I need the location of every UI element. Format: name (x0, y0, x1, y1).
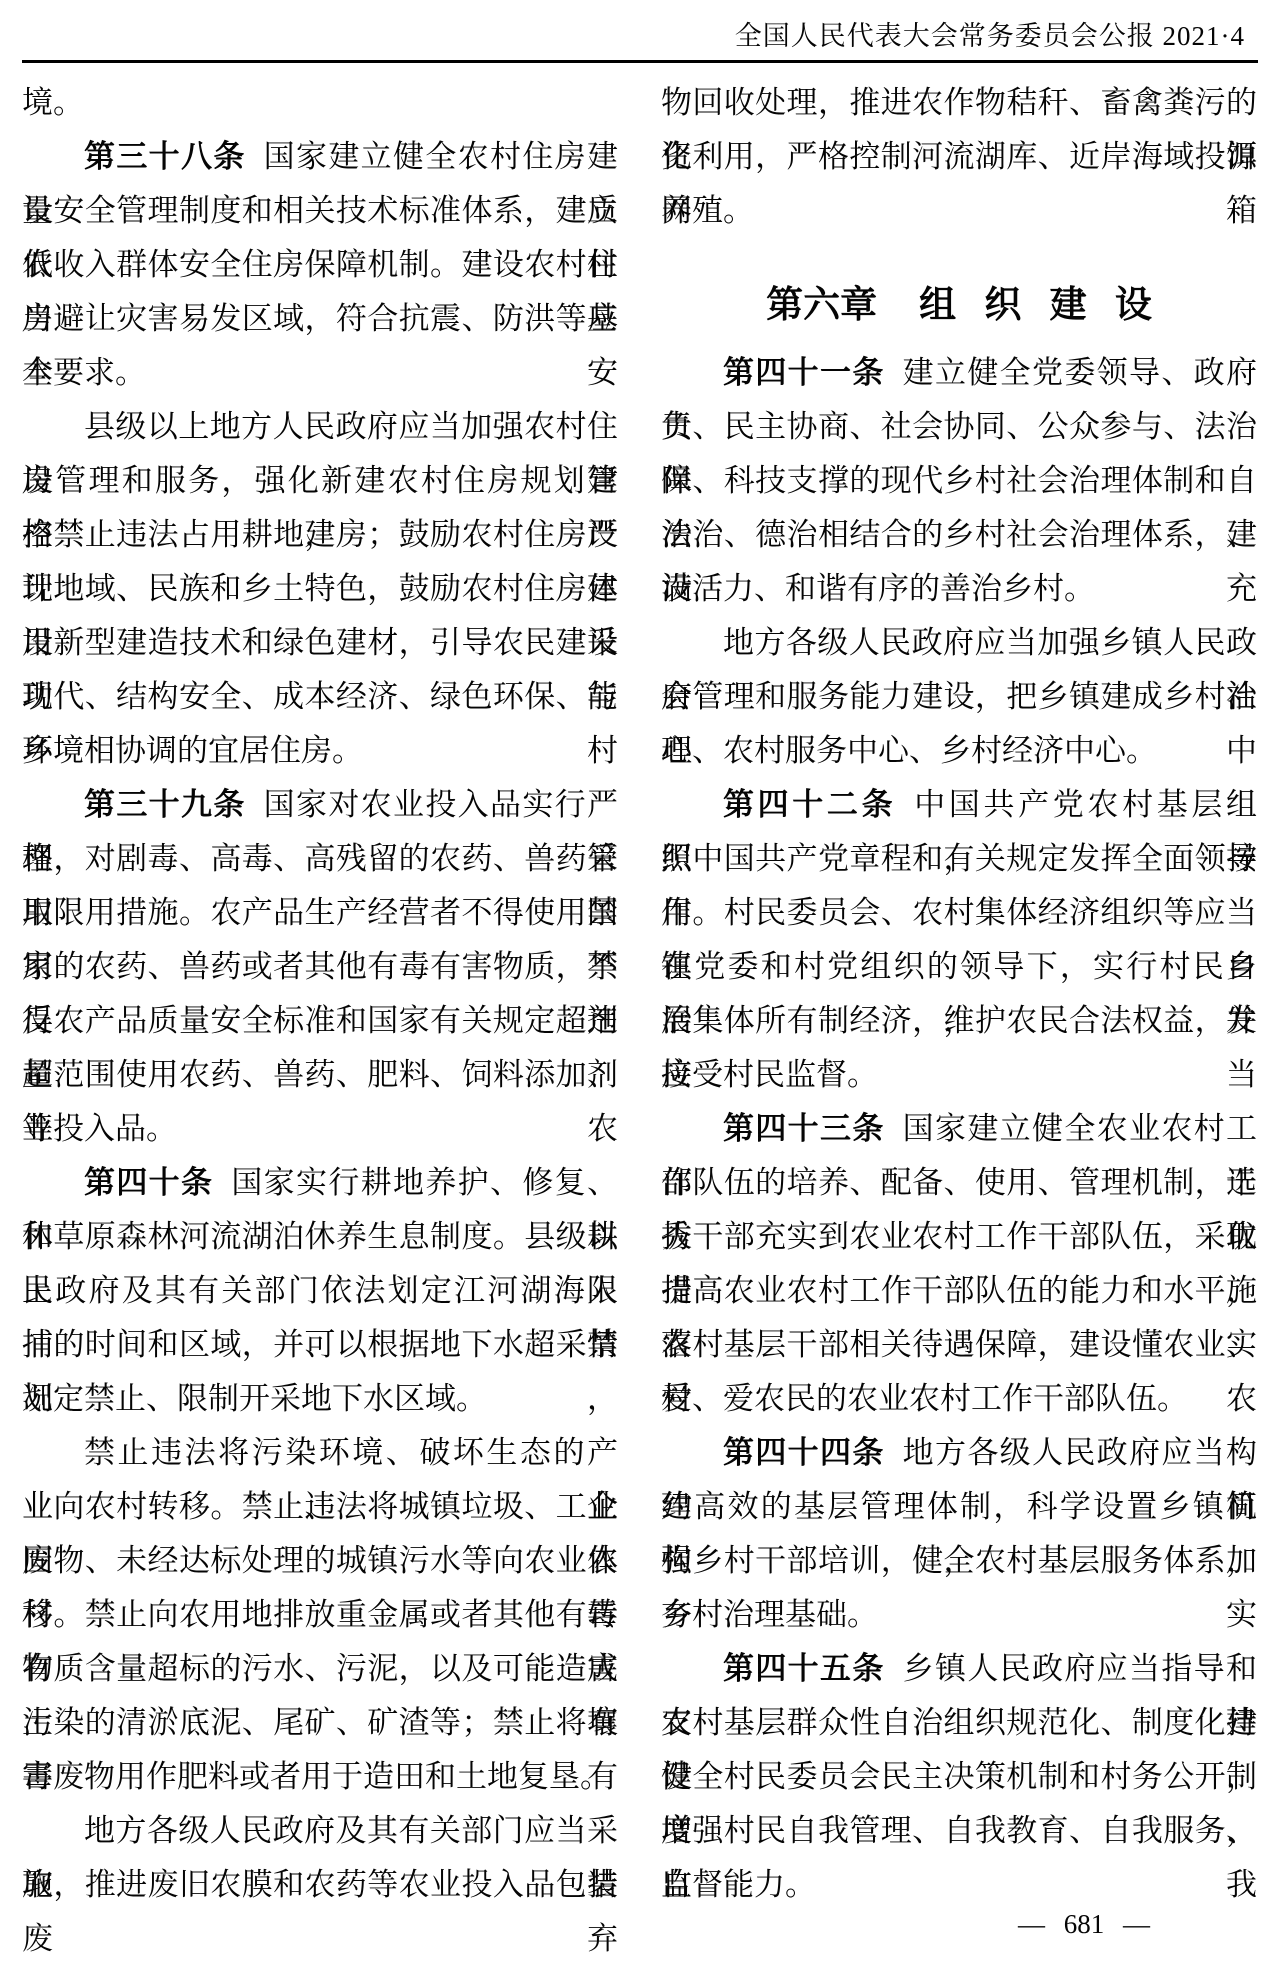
line-text: 心、农村服务中心、乡村经济中心。 (661, 733, 1157, 768)
text-line: 低收入群体安全住房保障机制。建设农村住房应 (22, 238, 618, 292)
text-line: 第四十条国家实行耕地养护、修复、休耕 (22, 1156, 618, 1210)
text-line: 禁止违法将污染环境、破坏生态的产业、企 (22, 1426, 618, 1480)
chapter-heading: 第六章组 织 建 设 (661, 238, 1257, 346)
text-line: 法治、德治相结合的乡村社会治理体系，建设充 (661, 508, 1257, 562)
text-line: 量安全管理制度和相关技术标准体系，建立农村 (22, 184, 618, 238)
article-number: 第四十三条 (723, 1111, 885, 1146)
text-line: 强乡村干部培训，健全农村基层服务体系，夯实 (661, 1534, 1257, 1588)
line-text: 乡村治理基础。 (661, 1597, 878, 1632)
text-line: 健全村民委员会民主决策机制和村务公开制度， (661, 1750, 1257, 1804)
text-line: 现代、结构安全、成本经济、绿色环保、与乡村 (22, 670, 618, 724)
page-number: — 681 — (1018, 1908, 1150, 1940)
text-line: 用限用措施。农产品生产经营者不得使用国家禁 (22, 886, 618, 940)
text-line: 移。禁止向农用地排放重金属或者其他有毒有害 (22, 1588, 618, 1642)
text-line: 第四十三条国家建立健全农业农村工作干 (661, 1102, 1257, 1156)
text-line: 镇党委和村党组织的领导下，实行村民自治，发 (661, 940, 1257, 994)
text-line: 第四十五条乡镇人民政府应当指导和支持 (661, 1642, 1257, 1696)
line-text: 养殖。 (661, 193, 754, 228)
line-text: 划定禁止、限制开采地下水区域。 (22, 1381, 487, 1416)
text-line: 物质含量超标的污水、污泥，以及可能造成土壤 (22, 1642, 618, 1696)
text-line: 化利用，严格控制河流湖库、近岸海域投饵网箱 (661, 130, 1257, 184)
chapter-title: 组 织 建 设 (919, 274, 1152, 328)
article-number: 第四十一条 (723, 355, 885, 390)
chapter-number: 第六章 (766, 274, 877, 328)
text-line: 境。 (22, 76, 618, 130)
article-number: 第四十二条 (723, 787, 896, 822)
line-text: 环境相协调的宜居住房。 (22, 733, 363, 768)
text-line: 秀干部充实到农业农村工作干部队伍，采取措施 (661, 1210, 1257, 1264)
line-text: 境。 (22, 85, 84, 120)
text-line: 害废物用作肥料或者用于造田和土地复垦。 (22, 1750, 618, 1804)
text-line: 地方各级人民政府应当加强乡镇人民政府社 (661, 616, 1257, 670)
text-line: 县级以上地方人民政府应当加强农村住房建 (22, 400, 618, 454)
article-number: 第三十八条 (84, 139, 246, 174)
text-line: 第四十一条建立健全党委领导、政府负 (661, 346, 1257, 400)
text-line: 设管理和服务，强化新建农村住房规划管控，严 (22, 454, 618, 508)
text-line: 物回收处理，推进农作物秸秆、畜禽粪污的资源 (661, 76, 1257, 130)
article-number: 第四十四条 (723, 1435, 885, 1470)
line-text: 监督能力。 (661, 1867, 816, 1902)
line-text: 全要求。 (22, 355, 146, 390)
line-text: 业投入品。 (22, 1111, 177, 1146)
text-line: 第三十九条国家对农业投入品实行严格管 (22, 778, 618, 832)
header-rule (22, 60, 1258, 63)
text-line: 第三十八条国家建立健全农村住房建设质 (22, 130, 618, 184)
text-line: 展集体所有制经济，维护农民合法权益，并应当 (661, 994, 1257, 1048)
text-line: 现地域、民族和乡土特色，鼓励农村住房建设采 (22, 562, 618, 616)
text-line: 约高效的基层管理体制，科学设置乡镇机构，加 (661, 1480, 1257, 1534)
text-line: 部队伍的培养、配备、使用、管理机制，选拔优 (661, 1156, 1257, 1210)
text-line: 第四十四条地方各级人民政府应当构建简 (661, 1426, 1257, 1480)
text-line: 农村基层干部相关待遇保障，建设懂农业、爱农 (661, 1318, 1257, 1372)
text-line: 污染的清淤底泥、尾矿、矿渣等；禁止将有毒有 (22, 1696, 618, 1750)
text-line: 地方各级人民政府及其有关部门应当采取措 (22, 1804, 618, 1858)
text-line: 用新型建造技术和绿色建材，引导农民建设功能 (22, 616, 618, 670)
text-line: 反农产品质量安全标准和国家有关规定超剂量、 (22, 994, 618, 1048)
article-number: 第三十九条 (84, 787, 246, 822)
text-line: 障、科技支撑的现代乡村社会治理体制和自治、 (661, 454, 1257, 508)
text-line: 和草原森林河流湖泊休养生息制度。县级以上人 (22, 1210, 618, 1264)
line-text: 施，推进废旧农膜和农药等农业投入品包装废弃 (22, 1867, 618, 1956)
text-line: 格禁止违法占用耕地建房；鼓励农村住房设计体 (22, 508, 618, 562)
text-line: 责、民主协商、社会协同、公众参与、法治保 (661, 400, 1257, 454)
text-line: 捕的时间和区域，并可以根据地下水超采情况， (22, 1318, 618, 1372)
journal-title: 全国人民代表大会常务委员会公报 2021·4 (735, 20, 1245, 52)
text-line: 施，推进废旧农膜和农药等农业投入品包装废弃 (22, 1858, 618, 1912)
line-text: 满活力、和谐有序的善治乡村。 (661, 571, 1095, 606)
text-line: 第四十二条中国共产党农村基层组织，按 (661, 778, 1257, 832)
text-line: 村、爱农民的农业农村工作干部队伍。 (661, 1372, 1257, 1426)
text-line: 会管理和服务能力建设，把乡镇建成乡村治理中 (661, 670, 1257, 724)
text-line: 废物、未经达标处理的城镇污水等向农业农村转 (22, 1534, 618, 1588)
article-number: 第四十五条 (723, 1651, 885, 1686)
text-line: 照中国共产党章程和有关规定发挥全面领导作 (661, 832, 1257, 886)
line-text: 接受村民监督。 (661, 1057, 878, 1092)
text-line: 理，对剧毒、高毒、高残留的农药、兽药采取禁 (22, 832, 618, 886)
text-line: 超范围使用农药、兽药、肥料、饲料添加剂等农 (22, 1048, 618, 1102)
right-column: 物回收处理，推进农作物秸秆、畜禽粪污的资源化利用，严格控制河流湖库、近岸海域投饵… (661, 76, 1257, 1912)
line-text: 村、爱农民的农业农村工作干部队伍。 (661, 1381, 1188, 1416)
text-line: 农村基层群众性自治组织规范化、制度化建设， (661, 1696, 1257, 1750)
text-line: 用。村民委员会、农村集体经济组织等应当在乡 (661, 886, 1257, 940)
document-page: 全国人民代表大会常务委员会公报 2021·4 境。第三十八条国家建立健全农村住房… (0, 0, 1282, 1972)
text-line: 业向农村转移。禁止违法将城镇垃圾、工业固体 (22, 1480, 618, 1534)
text-line: 增强村民自我管理、自我教育、自我服务、自我 (661, 1804, 1257, 1858)
text-line: 用的农药、兽药或者其他有毒有害物质，不得违 (22, 940, 618, 994)
left-column: 境。第三十八条国家建立健全农村住房建设质量安全管理制度和相关技术标准体系，建立农… (22, 76, 618, 1912)
text-line: 提高农业农村工作干部队伍的能力和水平，落实 (661, 1264, 1257, 1318)
line-text: 害废物用作肥料或者用于造田和土地复垦。 (22, 1759, 611, 1794)
text-line: 民政府及其有关部门依法划定江河湖海限捕、禁 (22, 1264, 618, 1318)
text-line: 当避让灾害易发区域，符合抗震、防洪等基本安 (22, 292, 618, 346)
article-number: 第四十条 (84, 1165, 213, 1200)
